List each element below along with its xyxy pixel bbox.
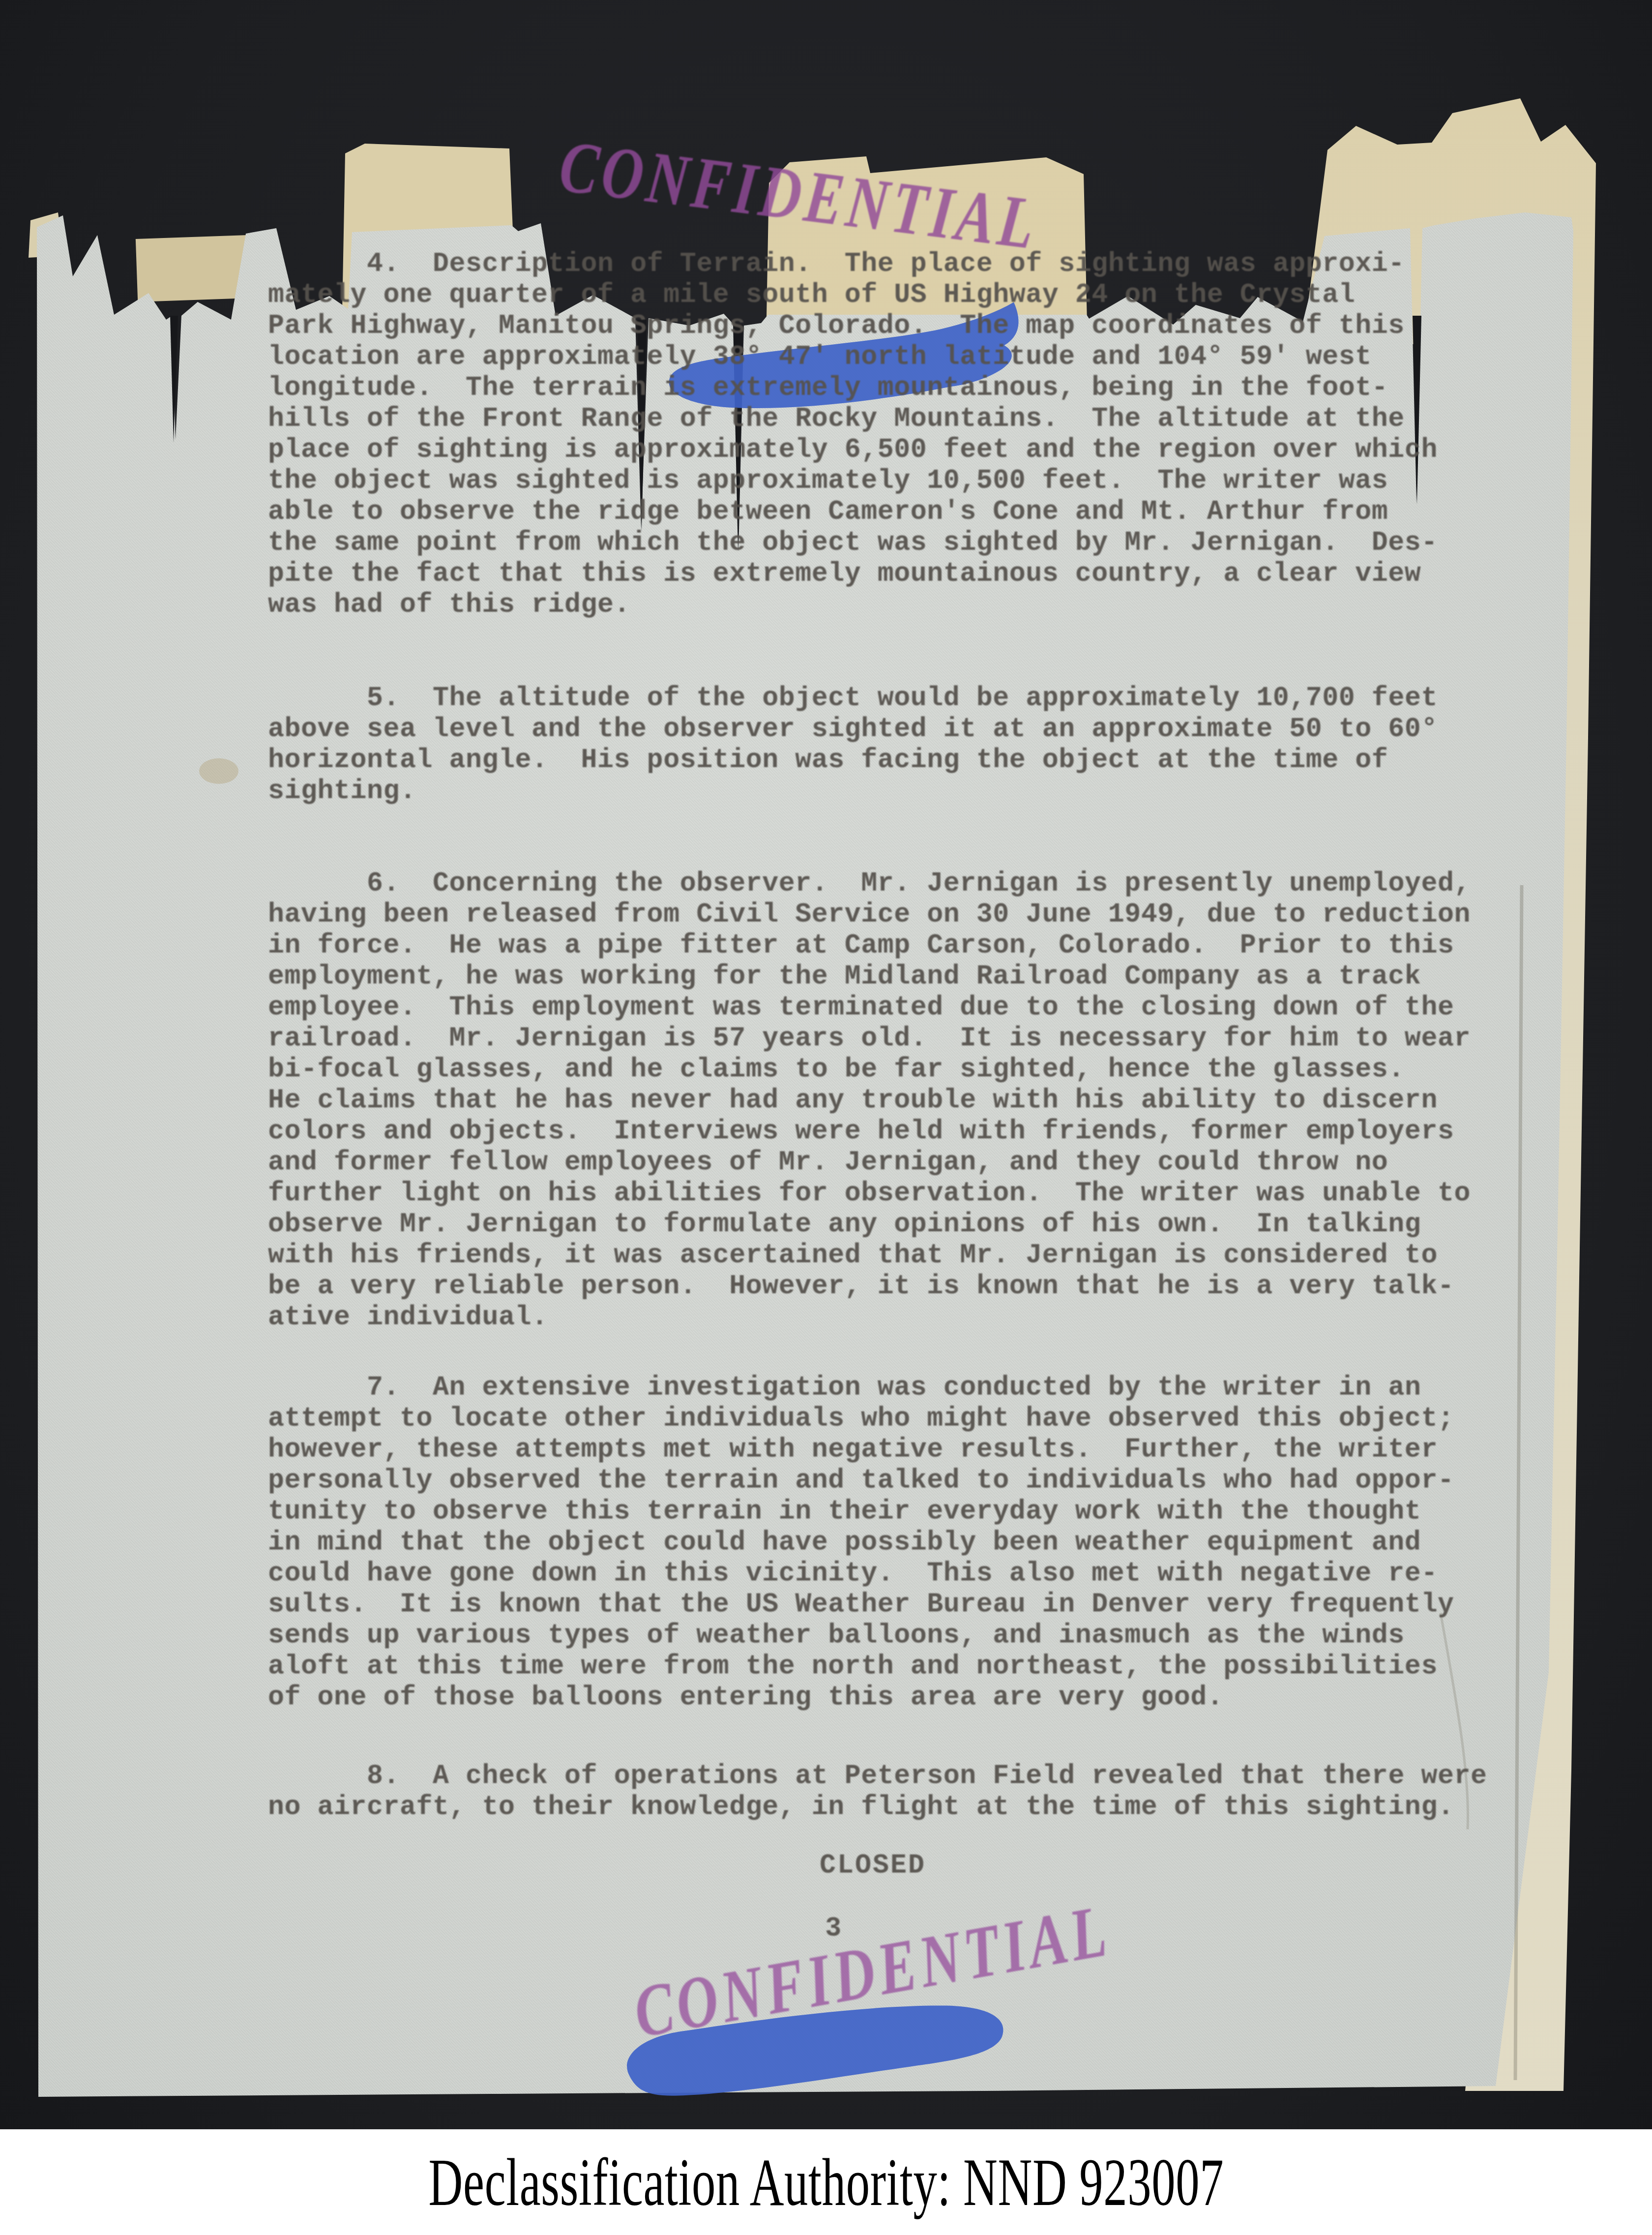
- declassification-strip: Declassification Authority: NND 923007: [0, 2129, 1652, 2235]
- typewritten-body: 4. Description of Terrain. The place of …: [0, 0, 1652, 2235]
- paragraph-8: 8. A check of operations at Peterson Fie…: [268, 1760, 1566, 1822]
- paragraph-7: 7. An extensive investigation was conduc…: [268, 1372, 1566, 1713]
- declassification-text: Declassification Authority: NND 923007: [428, 2143, 1224, 2221]
- paragraph-4: 4. Description of Terrain. The place of …: [268, 248, 1566, 620]
- closed-status: CLOSED: [268, 1850, 1477, 1881]
- paragraph-5: 5. The altitude of the object would be a…: [268, 683, 1566, 806]
- scanned-document-root: CONFIDENTIAL 4. Description of Terrain. …: [0, 0, 1652, 2235]
- paragraph-6: 6. Concerning the observer. Mr. Jernigan…: [268, 868, 1566, 1333]
